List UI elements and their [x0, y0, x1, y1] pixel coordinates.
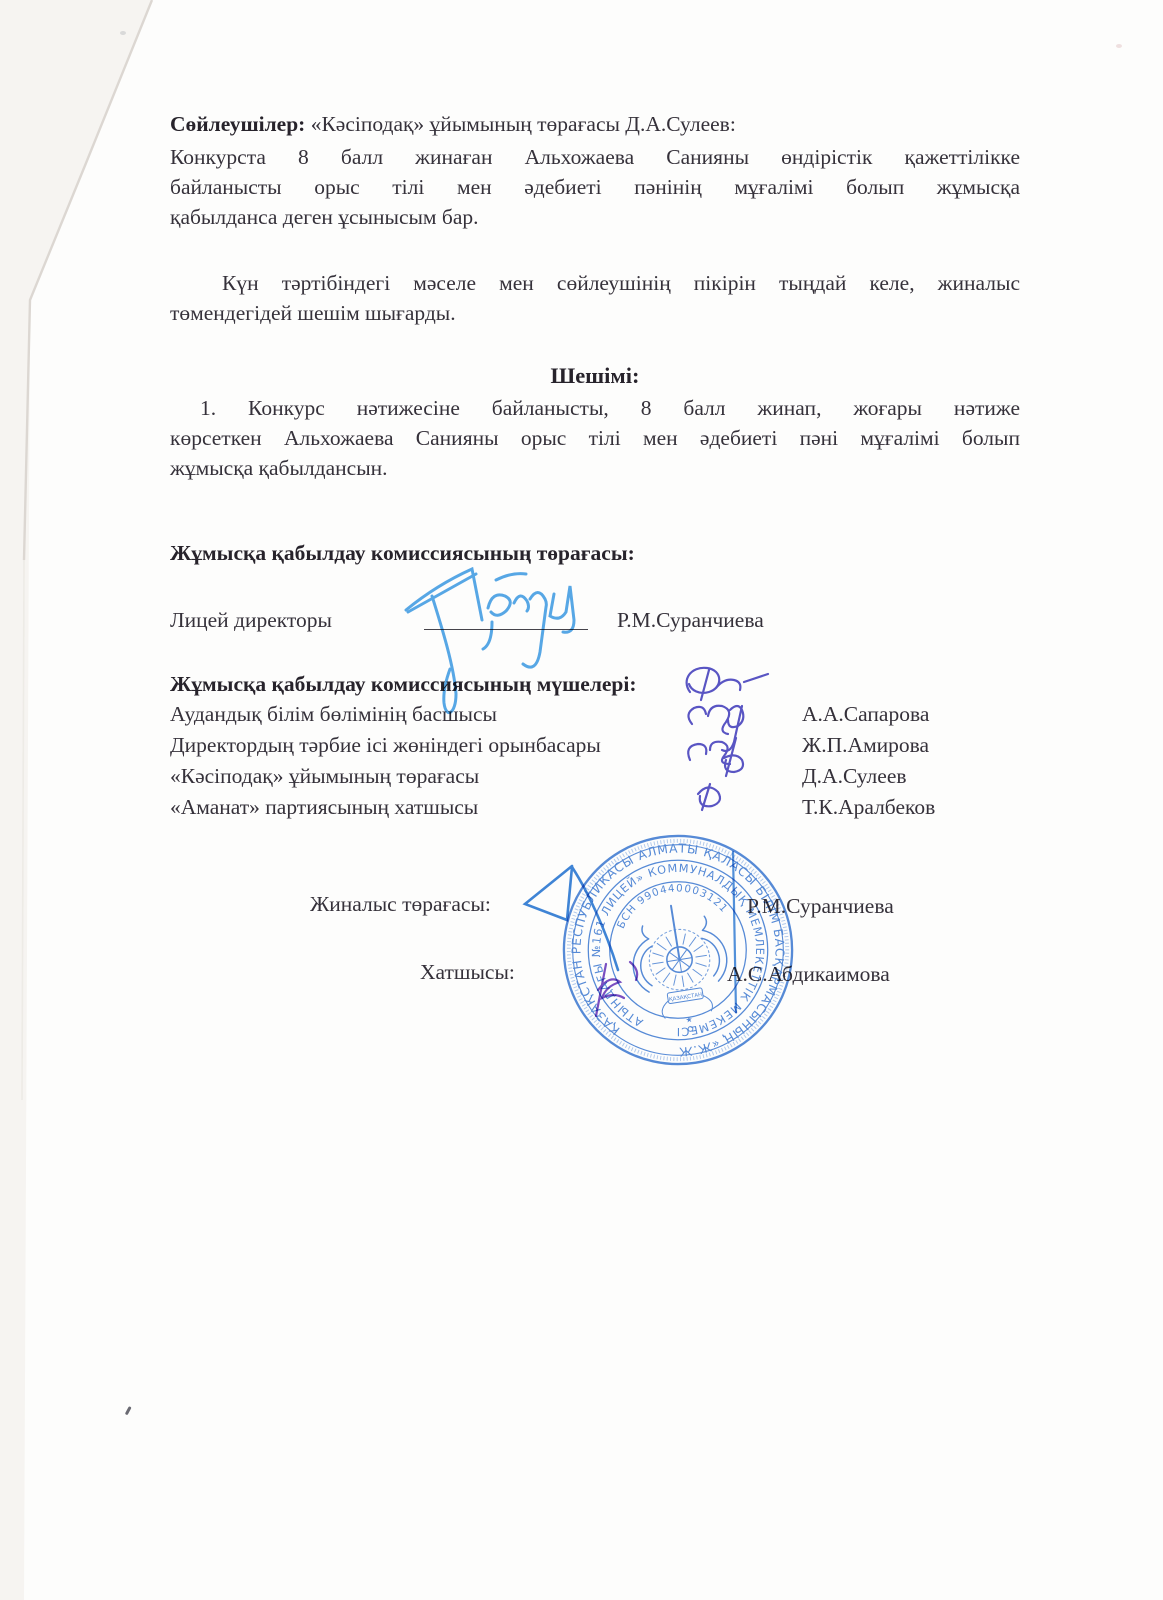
member-signature-3	[688, 744, 706, 760]
member-signatures	[678, 658, 828, 813]
transition-paragraph: Күн тәртібіндегі мәселе мен сөйлеушінің …	[170, 268, 1020, 328]
member-signature-1	[744, 674, 768, 682]
proposal-paragraph: Конкурста 8 балл жинаған Альхожаева Сани…	[170, 142, 1020, 232]
scan-speck	[125, 1406, 132, 1415]
director-title: Лицей директоры	[170, 608, 332, 632]
director-signature	[398, 556, 598, 731]
secretary-label: Хатшысы:	[420, 957, 515, 987]
member-row: Директордың тәрбие ісі жөніндегі орынбас…	[170, 730, 1020, 761]
paragraph-line: төмендегідей шешім шығарды.	[170, 298, 1020, 328]
member-signature-3	[724, 738, 743, 776]
member-signature-2	[708, 706, 729, 734]
member-row: «Кәсіподақ» ұйымының төрағасы Д.А.Сулеев	[170, 761, 1020, 792]
secretary-signature	[588, 956, 673, 1028]
scanned-document-page: Сөйлеушілер: «Кәсіподақ» ұйымының төраға…	[0, 0, 1163, 1600]
member-title: «Кәсіподақ» ұйымының төрағасы	[170, 764, 479, 788]
member-title: «Аманат» партиясының хатшысы	[170, 795, 478, 819]
decision-paragraph: 1. Конкурс нәтижесіне байланысты, 8 балл…	[170, 393, 1020, 483]
member-row: «Аманат» партиясының хатшысы Т.К.Аралбек…	[170, 792, 1020, 823]
member-signature-1	[701, 670, 740, 700]
member-signature-4	[698, 784, 720, 810]
meeting-chair-label: Жиналыс төрағасы:	[310, 889, 491, 919]
member-signature-2	[688, 707, 706, 724]
scan-speck	[1116, 44, 1122, 48]
paragraph-line: қабылданса деген ұсынысым бар.	[170, 202, 1020, 232]
speakers-label: Сөйлеушілер:	[170, 112, 305, 136]
speakers-text: «Кәсіподақ» ұйымының төрағасы Д.А.Сулеев…	[311, 112, 736, 136]
paragraph-line: Күн тәртібіндегі мәселе мен сөйлеушінің …	[170, 268, 1020, 298]
scan-speck	[120, 31, 126, 35]
member-title: Директордың тәрбие ісі жөніндегі орынбас…	[170, 733, 601, 757]
decision-heading: Шешімі:	[170, 361, 1020, 391]
paragraph-line: байланысты орыс тілі мен әдебиеті пәніні…	[170, 172, 1020, 202]
director-name: Р.М.Суранчиева	[617, 605, 764, 635]
paragraph-line: көрсеткен Альхожаева Санияны орыс тілі м…	[170, 423, 1020, 453]
paragraph-line: Конкурста 8 балл жинаған Альхожаева Сани…	[170, 142, 1020, 172]
member-signature-3	[710, 742, 730, 764]
paragraph-line: жұмысқа қабылдансын.	[170, 453, 1020, 483]
paragraph-line: 1. Конкурс нәтижесіне байланысты, 8 балл…	[170, 393, 1020, 423]
speakers-line: Сөйлеушілер: «Кәсіподақ» ұйымының төраға…	[170, 109, 1020, 139]
